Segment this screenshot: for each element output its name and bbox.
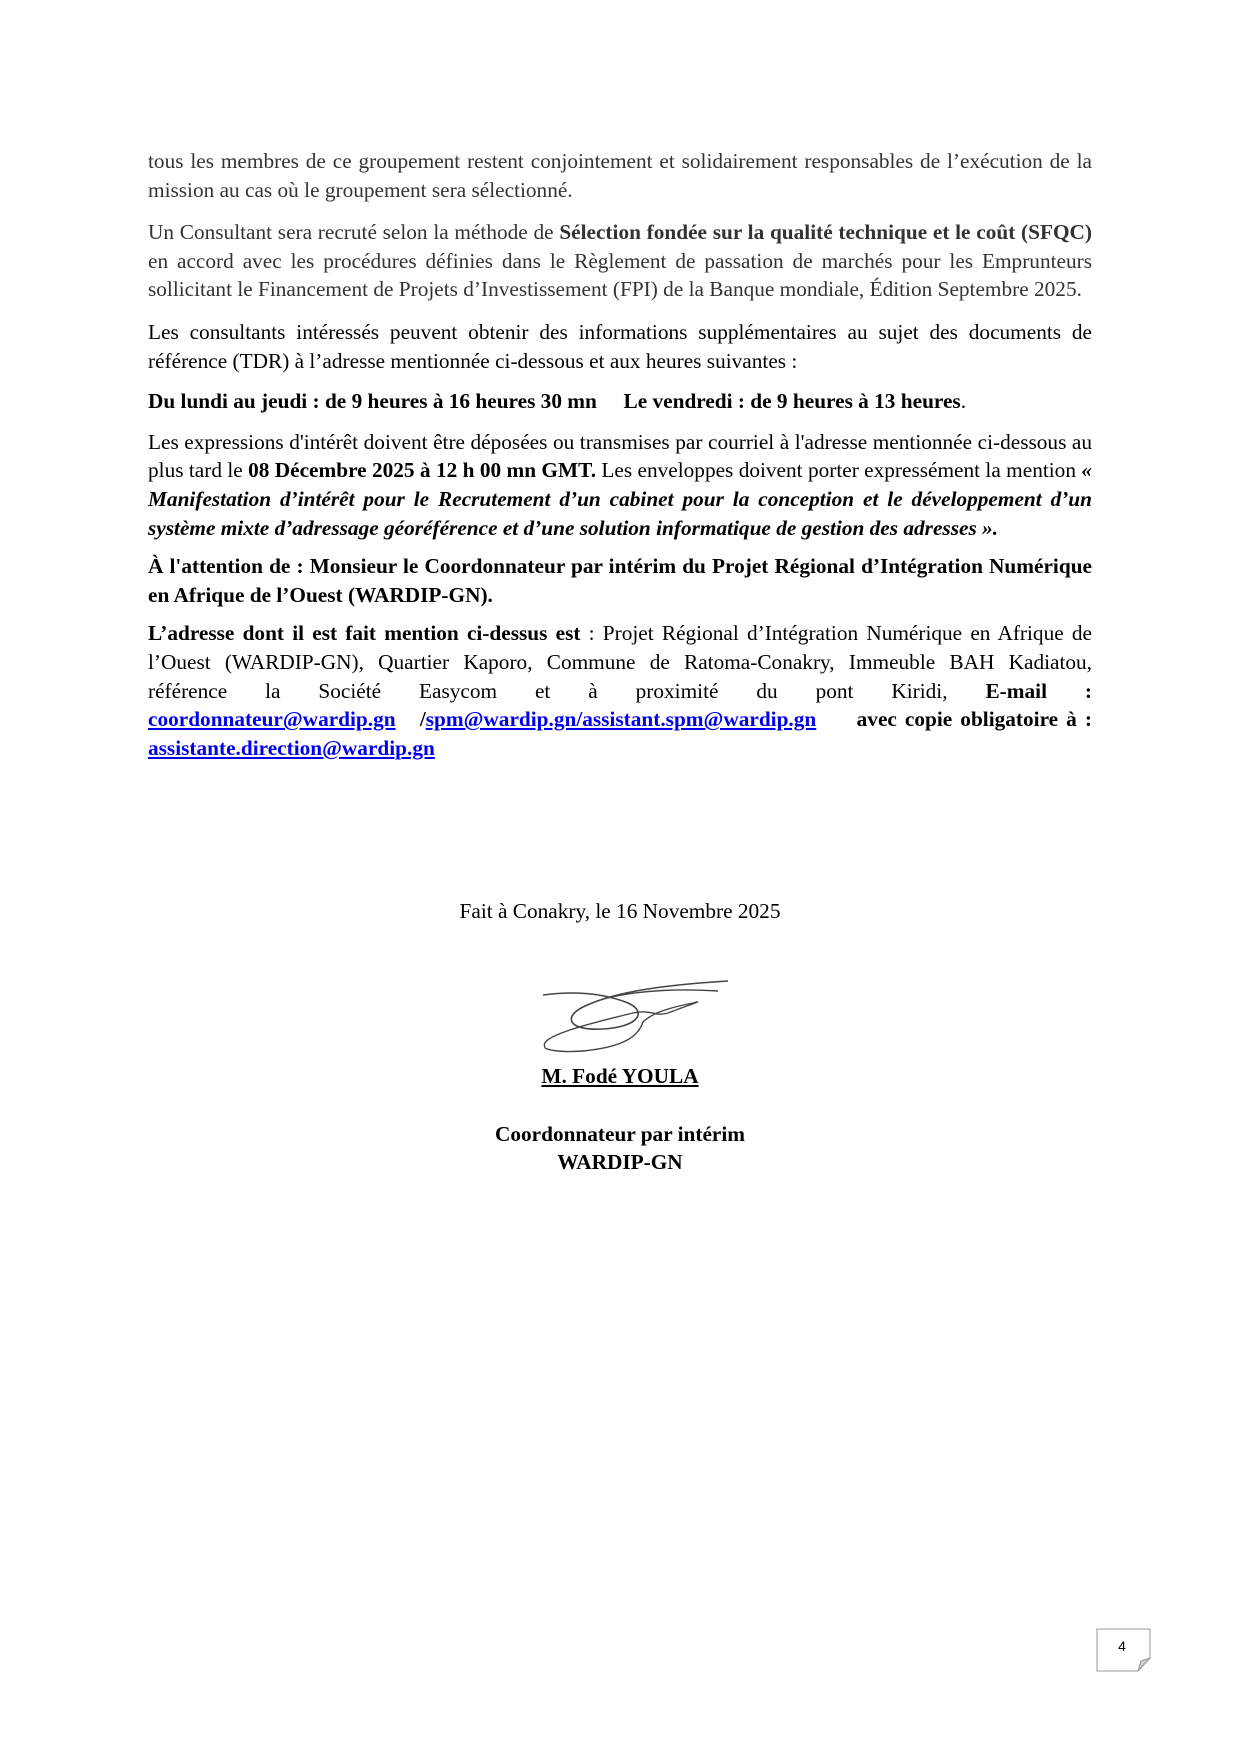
submission-deadline: 08 Décembre 2025 à 12 h 00 mn GMT.	[248, 458, 596, 482]
paragraph-consortium: tous les membres de ce groupement resten…	[148, 147, 1092, 204]
paragraph-submission: Les expressions d'intérêt doivent être d…	[148, 428, 1092, 542]
page-number: 4	[1096, 1638, 1148, 1654]
selection-text-pre: Un Consultant sera recruté selon la méth…	[148, 220, 559, 244]
document-page: tous les membres de ce groupement resten…	[148, 147, 1092, 762]
signer-name: M. Fodé YOULA	[148, 1062, 1092, 1091]
email-link-coordonnateur[interactable]: coordonnateur@wardip.gn	[148, 707, 396, 731]
email-label: E-mail :	[985, 679, 1092, 703]
paragraph-attention: À l'attention de : Monsieur le Coordonna…	[148, 552, 1092, 609]
signer-role: Coordonnateur par intérim WARDIP-GN	[148, 1120, 1092, 1176]
copy-label: avec copie obligatoire à :	[857, 707, 1092, 731]
place-date: Fait à Conakry, le 16 Novembre 2025	[148, 897, 1092, 926]
opening-hours: Du lundi au jeudi : de 9 heures à 16 heu…	[148, 387, 1092, 416]
paragraph-address: L’adresse dont il est fait mention ci-de…	[148, 619, 1092, 762]
selection-method-bold: Sélection fondée sur la qualité techniqu…	[559, 220, 1092, 244]
email-link-spm[interactable]: spm@wardip.gn/assistant.spm@wardip.gn	[426, 707, 817, 731]
address-label: L’adresse dont il est fait mention ci-de…	[148, 621, 580, 645]
email-link-assistante[interactable]: assistante.direction@wardip.gn	[148, 736, 435, 760]
signature-icon	[543, 977, 743, 1057]
hours-weekdays: Du lundi au jeudi : de 9 heures à 16 heu…	[148, 389, 597, 413]
submission-mid: Les enveloppes doivent porter expresséme…	[596, 458, 1081, 482]
selection-text-post: en accord avec les procédures définies d…	[148, 249, 1092, 302]
hours-end: .	[961, 389, 966, 413]
hours-friday: Le vendredi : de 9 heures à 13 heures	[624, 389, 961, 413]
signer-organization: WARDIP-GN	[148, 1148, 1092, 1176]
paragraph-selection-method: Un Consultant sera recruté selon la méth…	[148, 218, 1092, 304]
signer-title: Coordonnateur par intérim	[148, 1120, 1092, 1148]
paragraph-information: Les consultants intéressés peuvent obten…	[148, 318, 1092, 375]
page-number-box: 4	[1096, 1628, 1156, 1672]
